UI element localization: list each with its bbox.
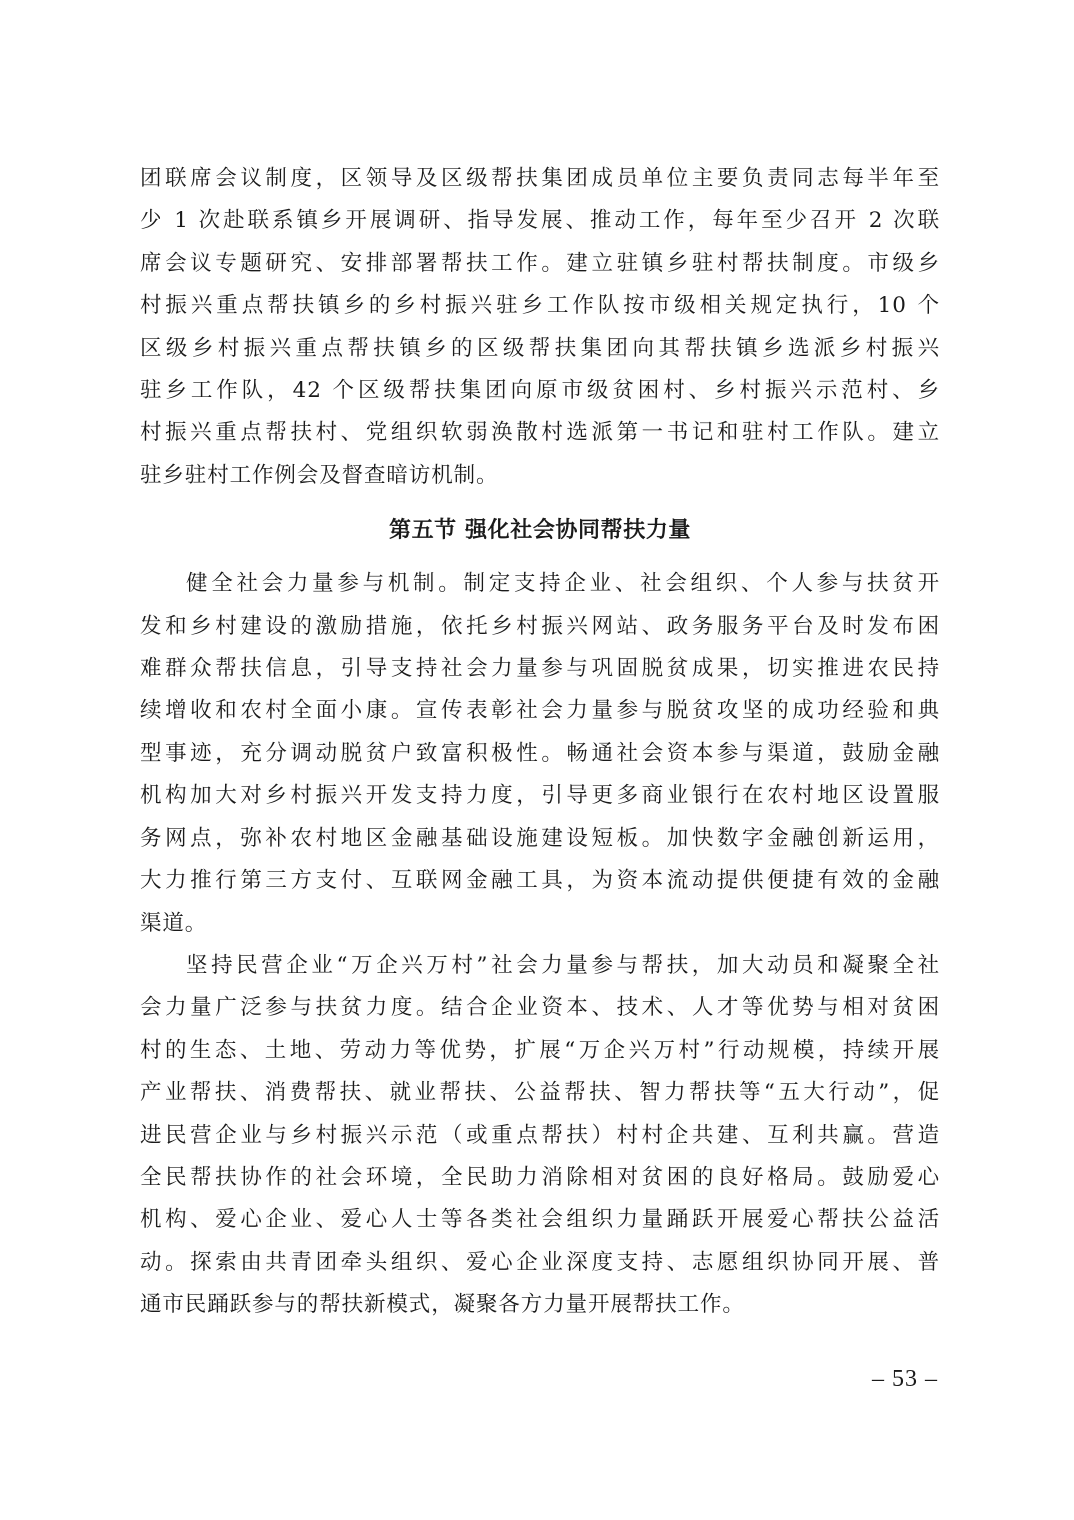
text-line: 通市民踊跃参与的帮扶新模式，凝聚各方力量开展帮扶工作。 (140, 1284, 940, 1326)
text-line: 坚持民营企业“万企兴万村”社会力量参与帮扶，加大动员和凝聚全社 (140, 945, 940, 987)
text-line: 续增收和农村全面小康。宣传表彰社会力量参与脱贫攻坚的成功经验和典 (140, 690, 940, 732)
text-line: 机构、爱心企业、爱心人士等各类社会组织力量踊跃开展爱心帮扶公益活 (140, 1199, 940, 1241)
text-line: 难群众帮扶信息，引导支持社会力量参与巩固脱贫成果，切实推进农民持 (140, 648, 940, 690)
text-line: 村振兴重点帮扶镇乡的乡村振兴驻乡工作队按市级相关规定执行，10 个 (140, 285, 940, 327)
text-line: 席会议专题研究、安排部署帮扶工作。建立驻镇乡驻村帮扶制度。市级乡 (140, 243, 940, 285)
paragraph-3: 坚持民营企业“万企兴万村”社会力量参与帮扶，加大动员和凝聚全社 会力量广泛参与扶… (140, 945, 940, 1327)
text-line: 少 1 次赴联系镇乡开展调研、指导发展、推动工作，每年至少召开 2 次联 (140, 200, 940, 242)
text-line: 健全社会力量参与机制。制定支持企业、社会组织、个人参与扶贫开 (140, 563, 940, 605)
text-line: 大力推行第三方支付、互联网金融工具，为资本流动提供便捷有效的金融 (140, 860, 940, 902)
text-line: 村的生态、土地、劳动力等优势，扩展“万企兴万村”行动规模，持续开展 (140, 1030, 940, 1072)
text-line: 会力量广泛参与扶贫力度。结合企业资本、技术、人才等优势与相对贫困 (140, 987, 940, 1029)
paragraph-1: 团联席会议制度，区领导及区级帮扶集团成员单位主要负责同志每半年至 少 1 次赴联… (140, 158, 940, 497)
text-line: 全民帮扶协作的社会环境，全民助力消除相对贫困的良好格局。鼓励爱心 (140, 1157, 940, 1199)
paragraph-2: 健全社会力量参与机制。制定支持企业、社会组织、个人参与扶贫开 发和乡村建设的激励… (140, 563, 940, 945)
text-line: 机构加大对乡村振兴开发支持力度，引导更多商业银行在农村地区设置服 (140, 775, 940, 817)
page-number: – 53 – (872, 1366, 938, 1393)
text-line: 村振兴重点帮扶村、党组织软弱涣散村选派第一书记和驻村工作队。建立 (140, 412, 940, 454)
text-line: 驻乡工作队，42 个区级帮扶集团向原市级贫困村、乡村振兴示范村、乡 (140, 370, 940, 412)
text-line: 型事迹，充分调动脱贫户致富积极性。畅通社会资本参与渠道，鼓励金融 (140, 733, 940, 775)
text-line: 渠道。 (140, 903, 940, 945)
text-line: 区级乡村振兴重点帮扶镇乡的区级帮扶集团向其帮扶镇乡选派乡村振兴 (140, 328, 940, 370)
text-line: 动。探索由共青团牵头组织、爱心企业深度支持、志愿组织协同开展、普 (140, 1242, 940, 1284)
text-line: 进民营企业与乡村振兴示范（或重点帮扶）村村企共建、互利共赢。营造 (140, 1115, 940, 1157)
text-line: 团联席会议制度，区领导及区级帮扶集团成员单位主要负责同志每半年至 (140, 158, 940, 200)
text-line: 发和乡村建设的激励措施，依托乡村振兴网站、政务服务平台及时发布困 (140, 606, 940, 648)
text-line: 产业帮扶、消费帮扶、就业帮扶、公益帮扶、智力帮扶等“五大行动”，促 (140, 1072, 940, 1114)
section-heading: 第五节 强化社会协同帮扶力量 (140, 515, 940, 547)
document-page: 团联席会议制度，区领导及区级帮扶集团成员单位主要负责同志每半年至 少 1 次赴联… (140, 158, 940, 1327)
text-line: 驻乡驻村工作例会及督查暗访机制。 (140, 455, 940, 497)
text-line: 务网点，弥补农村地区金融基础设施建设短板。加快数字金融创新运用， (140, 818, 940, 860)
